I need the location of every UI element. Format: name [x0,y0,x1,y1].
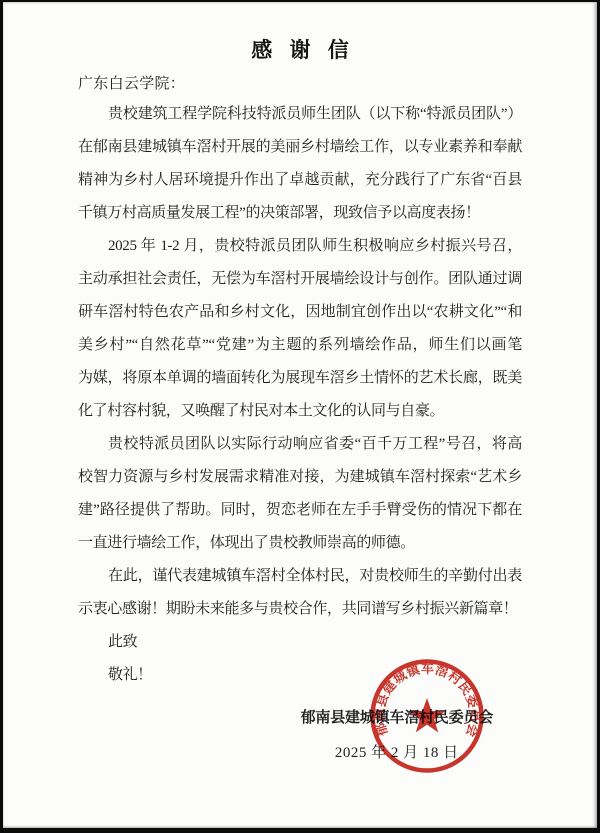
letter-line: 在此，谨代表建城镇车滘村全体村民，对贵校师生的辛勤付出表 [78,560,522,593]
letter-title: 感 谢 信 [3,2,597,61]
signature-block: 郁南县建城镇车滘村民委员会 2025 年 2 月 18 日 [301,706,493,765]
letter-line: 精神为乡村人居环境提升作出了卓越贡献，充分践行了广东省“百县 [78,164,522,197]
letter-line: 一直进行墙绘工作，体现出了贵校教师崇高的师德。 [78,527,522,560]
letter-line: 校智力资源与乡村发展需求精准对接，为建城镇车滘村探索“艺术乡 [78,461,522,494]
letter-recipient: 广东白云学院： [78,74,522,94]
signature-organization: 郁南县建城镇车滘村民委员会 [301,706,493,730]
letter-line: 主动承担社会责任，无偿为车滘村开展墙绘设计与创作。团队通过调 [78,263,522,296]
letter-line: 化了村容村貌，又唤醒了村民对本土文化的认同与自豪。 [78,395,522,428]
letter-body: 贵校建筑工程学院科技特派员师生团队（以下称“特派员团队”）在郁南县建城镇车滘村开… [78,98,522,692]
letter-line: 敬礼！ [78,659,522,692]
letter-line: 贵校特派员团队以实际行动响应省委“百千万工程”号召，将高 [78,428,522,461]
letter-line: 贵校建筑工程学院科技特派员师生团队（以下称“特派员团队”） [78,98,522,131]
letter-line: 美乡村”“自然花草”“党建”为主题的系列墙绘作品，师生们以画笔 [78,329,522,362]
letter-line: 2025 年 1-2 月，贵校特派员团队师生积极响应乡村振兴号召， [78,230,522,263]
letter-line: 示衷心感谢！期盼未来能多与贵校合作，共同谱写乡村振兴新篇章！ [78,593,522,626]
letter-line: 此致 [78,626,522,659]
scanned-letter-page: 感 谢 信 广东白云学院： 贵校建筑工程学院科技特派员师生团队（以下称“特派员团… [0,0,600,833]
letter-line: 为媒，将原本单调的墙面转化为展现车滘乡土情怀的艺术长廊，既美 [78,362,522,395]
letter-line: 建”路径提供了帮助。同时，贺恋老师在左手手臂受伤的情况下都在 [78,494,522,527]
letter-line: 研车滘村特色农产品和乡村文化，因地制宜创作出以“农耕文化”“和 [78,296,522,329]
signature-date: 2025 年 2 月 18 日 [301,741,493,765]
letter-line: 千镇万村高质量发展工程”的决策部署，现致信予以高度表扬！ [78,197,522,230]
letter-line: 在郁南县建城镇车滘村开展的美丽乡村墙绘工作，以专业素养和奉献 [78,131,522,164]
